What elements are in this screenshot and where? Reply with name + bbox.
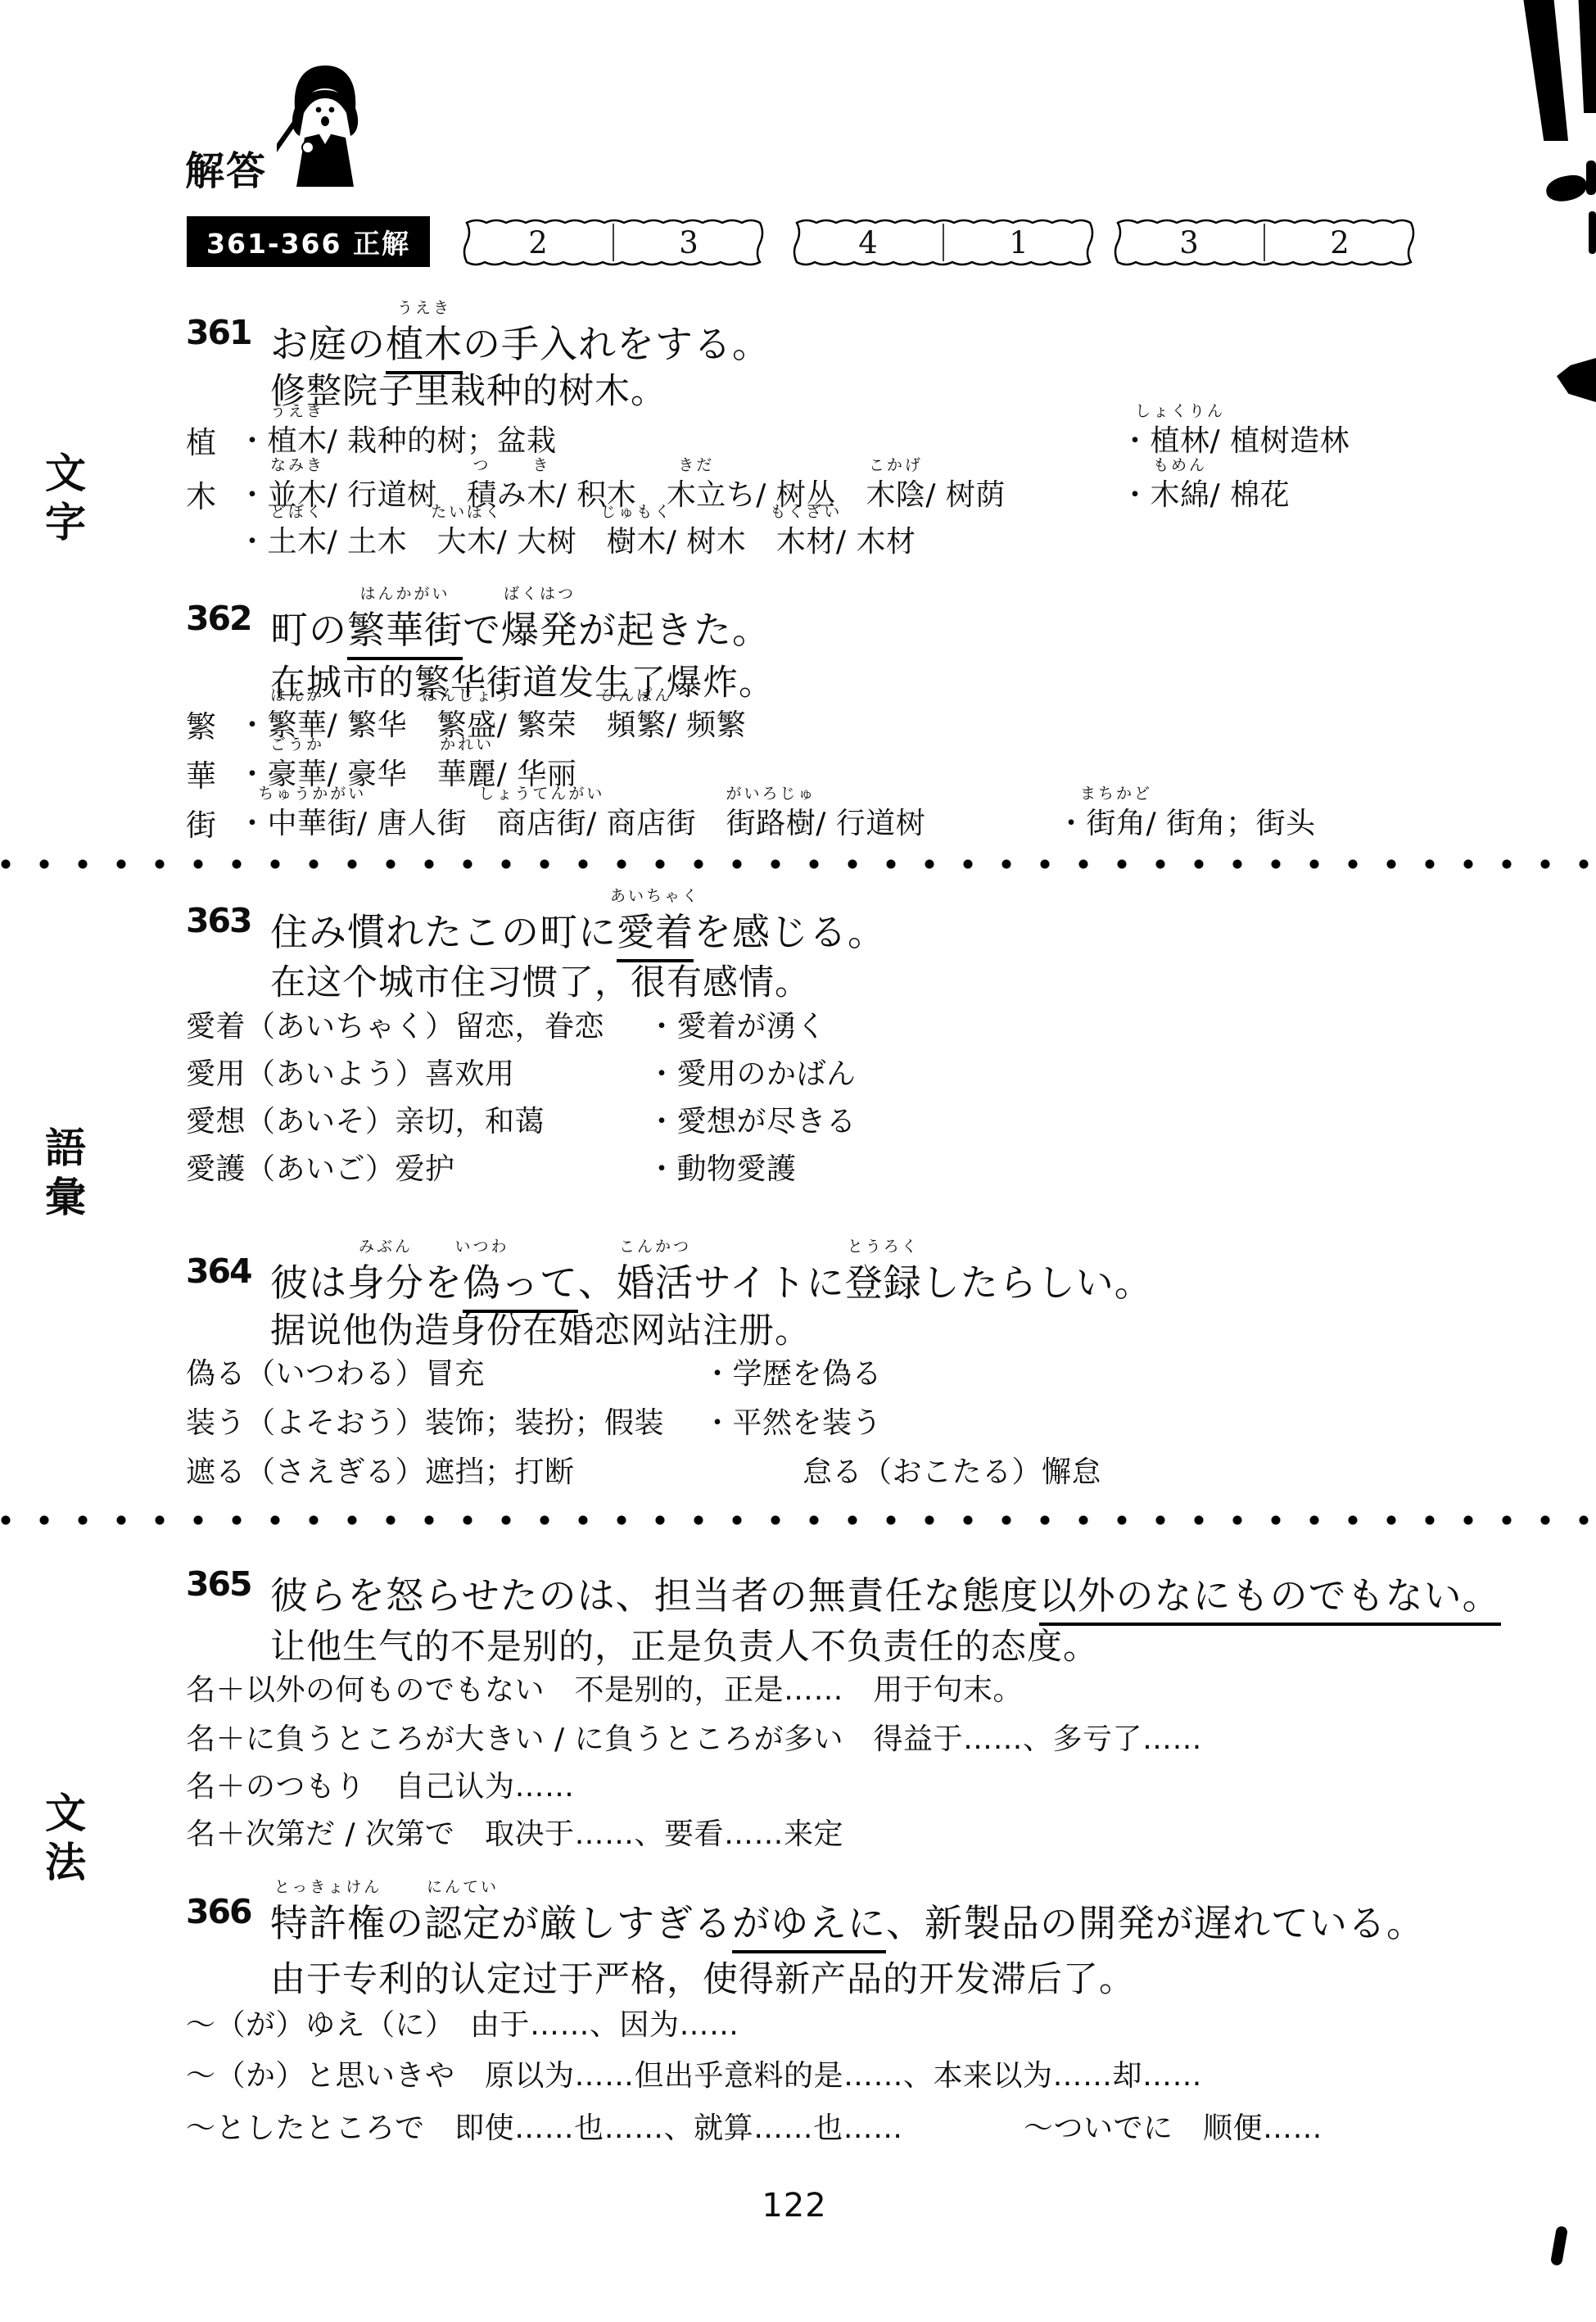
text-segment: お庭の [270, 315, 386, 369]
text-segment: ～ついでに 顺便…… [1024, 2105, 1322, 2147]
vocab-row-left: ・中華街ちゅうかがい / 唐人街 商店街しょうてんがい / 商店街 街路樹がいろ… [237, 779, 925, 842]
vocab-key-kanji: 繁 [186, 702, 216, 746]
text-segment: 中華街ちゅうかがい [268, 800, 358, 842]
furigana: きだ [678, 453, 714, 475]
scan-artifact [1569, 0, 1596, 113]
scan-artifact [1557, 355, 1596, 405]
answer-cell: 2 [1264, 218, 1415, 267]
text-segment: / 商店街 [586, 800, 726, 842]
text-segment: 大木たいぼく [437, 518, 497, 560]
furigana: つ [472, 453, 491, 475]
furigana: き [532, 453, 550, 475]
furigana: はんか [270, 683, 324, 705]
section-sentence: 住み慣れたこの町に愛着あいちゃくを感じる。 [270, 878, 886, 962]
furigana: ちゅうかがい [258, 781, 366, 803]
text-segment: 怠る（おこたる）懈怠 [803, 1449, 1101, 1491]
text-segment: ・ [1056, 800, 1087, 842]
furigana: みぶん [359, 1234, 413, 1256]
text-segment: 愛護（あいご）爱护 [186, 1146, 455, 1188]
furigana: こんかつ [619, 1234, 691, 1256]
text-segment: 土木どぼく [268, 518, 328, 560]
vocab-row-left: 名＋次第だ / 次第で 取决于……、要看……来定 [186, 1790, 843, 1853]
answer-cell: 3 [613, 218, 764, 267]
text-segment: 特許権とっきょけん [270, 1894, 386, 1948]
text-segment: 木綿もめん [1151, 472, 1210, 514]
text-segment: 住み慣れたこの町に [270, 903, 617, 957]
vocab-row-right: ・動物愛護 [647, 1125, 797, 1188]
furigana: こかげ [869, 453, 923, 475]
scan-artifact [1589, 211, 1596, 254]
section-sentence: 町の繁華街はんかがいで爆発ばくはつが起きた。 [270, 576, 771, 660]
underlined-term: 繁華街はんかがい [347, 600, 463, 660]
vocab-row-right: ・街角まちかど / 街角；街头 [1056, 779, 1316, 842]
answer-key-label: 361-366 正解 [187, 216, 430, 267]
text-segment: 町の [270, 600, 347, 654]
text-segment: 身分みぶん [347, 1253, 424, 1307]
section-number: 365 [186, 1564, 251, 1604]
furigana: うえき [270, 399, 324, 421]
section-number: 361 [186, 313, 251, 352]
furigana: はんかがい [359, 582, 450, 604]
furigana: なみき [270, 453, 324, 475]
page-number: 122 [762, 2187, 827, 2225]
furigana: まちかど [1080, 781, 1152, 803]
textbook-answer-page: 解答 361-366 正解 234132 122 文字語彙文法361お庭の植木う… [0, 0, 1596, 2322]
text-segment: / 行道树 [816, 800, 925, 842]
vocab-row-left: ・土木どぼく / 土木 大木たいぼく / 大树 樹木じゅもく / 树木 木材もく… [237, 497, 916, 560]
margin-label-goi: 語彙 [43, 1124, 88, 1222]
text-segment: / 唐人街 [357, 800, 497, 842]
vocab-row-left: 遮る（さえぎる）遮挡；打断 [186, 1428, 575, 1491]
text-segment: 、 [578, 1253, 617, 1307]
section-sentence: お庭の植木うえきの手入れをする。 [270, 290, 771, 374]
vocab-row-right: ～ついでに 顺便…… [1024, 2084, 1322, 2147]
furigana: もくざい [770, 500, 842, 522]
furigana: にんてい [427, 1875, 499, 1897]
text-segment: 木材もくざい [776, 518, 836, 560]
scan-artifact [1550, 2225, 1568, 2266]
vocab-key-kanji: 植 [186, 418, 216, 462]
section-number: 366 [186, 1892, 251, 1931]
vocab-row-right: ・木綿もめん / 棉花 [1120, 450, 1290, 514]
underlined-term: 愛着あいちゃく [617, 903, 694, 962]
answer-cell: 4 [793, 218, 943, 267]
text-segment: / 街角；街头 [1146, 800, 1316, 842]
section-number: 364 [186, 1252, 251, 1291]
vocab-key-kanji: 街 [186, 800, 216, 844]
underlined-term: がゆえに [732, 1894, 886, 1953]
answer-group: 32 [1114, 218, 1415, 267]
text-segment: 登録とうろく [845, 1253, 922, 1307]
scan-artifact [1517, 0, 1568, 141]
furigana: たいぼく [431, 500, 503, 522]
dotted-separator [0, 1514, 1596, 1526]
margin-label-moji: 文字 [43, 449, 88, 547]
text-segment: を [424, 1253, 463, 1307]
text-segment: / 大树 [497, 518, 607, 560]
answer-cell: 3 [1114, 218, 1264, 267]
text-segment: の [386, 1894, 424, 1948]
scan-artifact [1586, 161, 1596, 195]
vocab-key-kanji: 木 [186, 472, 216, 516]
answer-group: 23 [463, 218, 764, 267]
section-sentence: 特許権とっきょけんの認定にんていが厳しすぎるがゆえに、新製品の開発が遅れている。 [270, 1869, 1425, 1953]
text-segment: / 树木 [667, 518, 776, 560]
answer-cell: 2 [463, 218, 613, 267]
text-segment: 街路樹がいろじゅ [726, 800, 816, 842]
furigana: うえき [397, 296, 451, 318]
underlined-term: 以外のなにものでもない。 [1039, 1566, 1501, 1626]
text-segment: / 土木 [328, 518, 437, 560]
text-segment: が起きた。 [578, 600, 771, 654]
vocab-row-left: 愛護（あいご）爱护 [186, 1125, 455, 1188]
text-segment: / 树荫 [925, 472, 1006, 514]
text-segment: 彼らを怒らせたのは、担当者の無責任な態度 [270, 1566, 1039, 1620]
furigana: どぼく [270, 500, 324, 522]
teacher-girl-illustration [277, 62, 373, 192]
text-segment: の手入れをする。 [463, 315, 771, 369]
vocab-row-right: 怠る（おこたる）懈怠 [803, 1428, 1101, 1491]
text-segment: 頻繁ひんぱん [607, 702, 667, 744]
text-segment: 彼は [270, 1253, 347, 1307]
furigana: もめん [1153, 453, 1207, 475]
text-segment: 街角まちかど [1087, 800, 1146, 842]
text-segment: を感じる。 [694, 903, 886, 957]
scan-artifact [1544, 173, 1589, 204]
text-segment: 名＋次第だ / 次第で 取决于……、要看……来定 [186, 1811, 843, 1853]
answer-group: 41 [793, 218, 1094, 267]
text-segment: / 棉花 [1210, 472, 1291, 514]
text-segment: が厳しすぎる [501, 1894, 732, 1948]
page-title: 解答 [185, 139, 267, 196]
text-segment: 遮る（さえぎる）遮挡；打断 [186, 1449, 575, 1491]
text-segment: で [463, 600, 501, 654]
text-segment: ・ [237, 800, 268, 842]
section-sentence: 彼らを怒らせたのは、担当者の無責任な態度以外のなにものでもない。 [270, 1541, 1501, 1626]
text-segment: ・ [237, 518, 268, 560]
vocab-row-left: ～としたところで 即使……也……、就算……也…… [186, 2084, 903, 2147]
furigana: とっきょけん [274, 1875, 382, 1897]
furigana: ごうか [270, 732, 324, 754]
furigana: あいちゃく [610, 884, 700, 906]
section-sentence: 彼は身分みぶんを偽いつわって、婚活こんかつサイトに登録とうろくしたらしい。 [270, 1229, 1153, 1313]
text-segment: 樹木じゅもく [607, 518, 667, 560]
text-segment: / 频繁 [667, 702, 747, 744]
text-segment: サイトに [694, 1253, 845, 1307]
furigana: かれい [440, 732, 494, 754]
vocab-key-kanji: 華 [186, 751, 216, 795]
furigana: とうろく [848, 1234, 920, 1256]
furigana: がいろじゅ [726, 781, 816, 803]
dotted-separator [0, 858, 1596, 870]
text-segment: ～としたところで 即使……也……、就算……也…… [186, 2105, 903, 2147]
margin-label-bunpo: 文法 [43, 1789, 88, 1887]
furigana: ばくはつ [504, 582, 576, 604]
furigana: ひんぱん [600, 683, 672, 705]
text-segment: ・ [1120, 472, 1151, 514]
answer-cell: 1 [943, 218, 1094, 267]
text-segment: したらしい。 [922, 1253, 1153, 1307]
text-segment: 認定にんてい [424, 1894, 501, 1948]
text-segment: ・動物愛護 [647, 1146, 797, 1188]
text-segment: / 木材 [836, 518, 916, 560]
text-segment: 、新製品の開発が遅れている。 [886, 1894, 1425, 1948]
section-number: 362 [186, 599, 251, 638]
section-number: 363 [186, 901, 251, 940]
text-segment: 爆発ばくはつ [501, 600, 578, 654]
text-segment: 商店街しょうてんがい [497, 800, 587, 842]
furigana: じゅもく [600, 500, 672, 522]
text-segment: 婚活こんかつ [617, 1253, 694, 1307]
